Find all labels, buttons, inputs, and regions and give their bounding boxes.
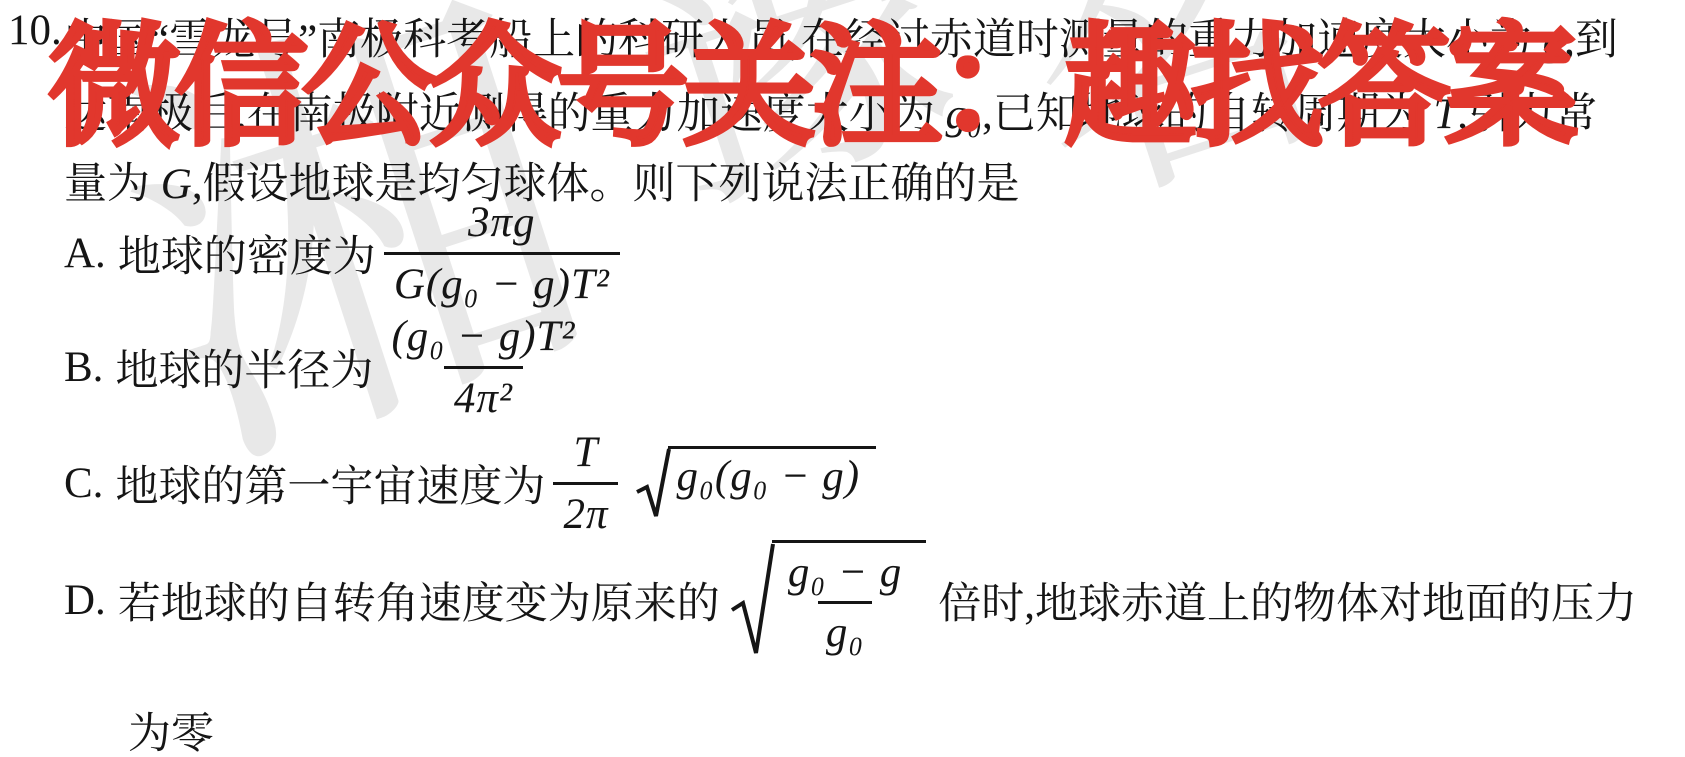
line2-text: 达南极后,在南极附近测得的重力加速度大小为: [64, 91, 946, 138]
fraction: g₀ − g g₀: [780, 546, 910, 657]
fraction-denominator: g₀: [818, 601, 872, 657]
question-line-2: 达南极后,在南极附近测得的重力加速度大小为 g₀,已知地球的自转周期为 T,引力…: [64, 80, 1597, 141]
fraction-numerator: T: [564, 428, 609, 482]
option-d: D. 若地球的自转角速度变为原来的 g₀ − g g₀ 倍时,地球赤道上的物体对…: [64, 540, 1637, 660]
option-b-text: 地球的半径为: [115, 337, 373, 398]
option-c: C. 地球的第一宇宙速度为 T 2π g₀(g₀ − g): [64, 428, 876, 539]
fraction-numerator: (g₀ − g)T²: [381, 312, 585, 366]
variable-T: T: [1433, 91, 1457, 138]
question-number: 10.: [8, 6, 62, 55]
radicand: g₀(g₀ − g): [668, 446, 876, 501]
option-d-label: D.: [64, 576, 106, 625]
option-c-text: 地球的第一宇宙速度为: [115, 453, 545, 514]
option-a-text: 地球的密度为: [118, 223, 376, 284]
option-a-label: A.: [64, 229, 106, 278]
option-d-square-root: g₀ − g g₀: [730, 540, 926, 660]
question-line-1: 中国“雪龙号”南极科考船上的科研人员,在经过赤道时测量的重力加速度大小为 g,到: [64, 6, 1618, 67]
fraction-denominator: G(g₀ − g)T²: [384, 252, 620, 309]
variable-g: g: [1543, 17, 1565, 64]
fraction-numerator: g₀ − g: [780, 546, 910, 601]
option-b-label: B.: [64, 343, 103, 392]
option-a-fraction: 3πg G(g₀ − g)T²: [384, 198, 620, 309]
fraction-denominator: 2π: [553, 482, 618, 539]
option-c-square-root: g₀(g₀ − g): [636, 446, 876, 522]
option-b: B. 地球的半径为 (g₀ − g)T² 4π²: [64, 312, 593, 423]
variable-g0: g₀: [946, 91, 982, 138]
option-d-line-2: 为零: [128, 700, 214, 757]
line1-text: 中国“雪龙号”南极科考船上的科研人员,在经过赤道时测量的重力加速度大小为: [64, 17, 1543, 64]
fraction-denominator: 4π²: [444, 366, 523, 423]
fraction-numerator: 3πg: [458, 198, 546, 252]
radicand-fraction: g₀ − g g₀: [772, 540, 926, 657]
line1-text-end: ,到: [1564, 17, 1618, 64]
line2-text-end: ,引力常: [1457, 91, 1597, 138]
option-c-fraction: T 2π: [553, 428, 618, 539]
line2-text-mid: ,已知地球的自转周期为: [982, 91, 1434, 138]
option-c-label: C.: [64, 459, 103, 508]
option-d-text-after: 倍时,地球赤道上的物体对地面的压力: [938, 570, 1637, 631]
option-b-fraction: (g₀ − g)T² 4π²: [381, 312, 585, 423]
option-a: A. 地球的密度为 3πg G(g₀ − g)T²: [64, 198, 628, 309]
radical-icon: [636, 446, 672, 522]
radical-icon: [730, 540, 776, 660]
option-d-text: 若地球的自转角速度变为原来的: [118, 570, 720, 631]
